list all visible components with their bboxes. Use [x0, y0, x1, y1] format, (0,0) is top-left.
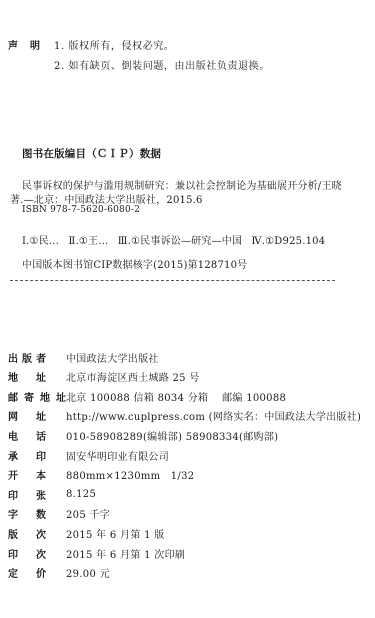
publication-row: 电话010-58908289(编辑部) 58908334(邮购部) — [8, 427, 278, 443]
publication-row: 印张8.125 — [8, 486, 96, 502]
label-char: 址 — [36, 408, 46, 423]
label-char: 网 — [8, 408, 18, 423]
publication-row-value: 中国政法大学出版社 — [66, 350, 159, 365]
publication-row-label: 印次 — [8, 546, 46, 561]
publication-row-value: 2015 年 6 月第 1 版 — [66, 526, 165, 541]
publication-row-value: 010-58908289(编辑部) 58908334(邮购部) — [66, 428, 278, 443]
label-char: 印 — [8, 487, 18, 502]
publication-row-label: 开本 — [8, 467, 46, 482]
label-char: 次 — [36, 526, 46, 541]
publication-row-value: 29.00 元 — [66, 565, 110, 580]
label-char: 者 — [36, 350, 46, 365]
label-char: 承 — [8, 448, 18, 463]
publication-row: 网址http://www.cuplpress.com (网络实名：中国政法大学出… — [8, 408, 361, 424]
cip-book-title-line: 民事诉权的保护与滥用规制研究：兼以社会控制论为基础展开分析/王晓 — [22, 177, 342, 192]
label-char: 邮 — [8, 389, 18, 404]
label-char: 印 — [8, 546, 18, 561]
label-char: 版 — [22, 350, 32, 365]
statement-item-2: 2. 如有缺页、倒装问题，由出版社负责退换。 — [54, 57, 270, 72]
label-char: 价 — [36, 565, 46, 580]
publication-row: 邮寄地址北京 100088 信箱 8034 分箱 邮编 100088 — [8, 388, 286, 404]
label-char: 寄 — [24, 389, 34, 404]
publication-row-value: 固安华明印业有限公司 — [66, 448, 169, 463]
label-char: 电 — [8, 428, 18, 443]
label-char: 印 — [36, 448, 46, 463]
label-char: 出 — [8, 350, 18, 365]
publication-row-label: 地址 — [8, 369, 46, 384]
publication-row-value: http://www.cuplpress.com (网络实名：中国政法大学出版社… — [66, 408, 361, 423]
publication-row-label: 印张 — [8, 487, 46, 502]
publication-row: 定价29.00 元 — [8, 565, 110, 581]
publication-row-value: 2015 年 6 月第 1 次印刷 — [66, 546, 185, 561]
label-char: 话 — [36, 428, 46, 443]
publication-row: 开本880mm×1230mm 1/32 — [8, 467, 194, 483]
publication-row: 版次2015 年 6 月第 1 版 — [8, 525, 165, 541]
publication-row: 承印固安华明印业有限公司 — [8, 447, 169, 463]
cip-verification-number: 中国版本图书馆CIP数据核字(2015)第128710号 — [22, 256, 247, 271]
label-char: 次 — [36, 546, 46, 561]
publication-row-value: 北京市海淀区西土城路 25 号 — [66, 369, 200, 384]
publication-row-label: 字数 — [8, 506, 46, 521]
cip-author-publisher-line: 著.—北京：中国政法大学出版社，2015.6 — [10, 191, 203, 206]
label-char: 数 — [36, 506, 46, 521]
label-char: 字 — [8, 506, 18, 521]
label-char: 开 — [8, 467, 18, 482]
label-char: 址 — [36, 369, 46, 384]
publication-row: 字数205 千字 — [8, 506, 110, 522]
publication-row-label: 定价 — [8, 565, 46, 580]
publication-row-label: 邮寄地址 — [8, 389, 66, 404]
statement-item-1: 1. 版权所有，侵权必究。 — [54, 37, 175, 52]
publication-row: 出版者中国政法大学出版社 — [8, 349, 159, 365]
publication-row-label: 出版者 — [8, 350, 46, 365]
label-char: 版 — [8, 526, 18, 541]
label-char: 地 — [40, 389, 50, 404]
dashed-divider — [10, 280, 335, 281]
label-char: 张 — [36, 487, 46, 502]
publication-row-value: 北京 100088 信箱 8034 分箱 邮编 100088 — [66, 389, 286, 404]
publication-row: 印次2015 年 6 月第 1 次印刷 — [8, 545, 185, 561]
cip-isbn: ISBN 978-7-5620-6080-2 — [22, 205, 140, 215]
cip-classification: Ⅰ.①民… Ⅱ.①王… Ⅲ.①民事诉讼—研究—中国 Ⅳ.①D925.104 — [22, 232, 325, 247]
label-char: 址 — [56, 389, 66, 404]
publication-row-value: 880mm×1230mm 1/32 — [66, 467, 194, 482]
publication-row: 地址北京市海淀区西土城路 25 号 — [8, 369, 200, 385]
label-char: 定 — [8, 565, 18, 580]
label-char: 本 — [36, 467, 46, 482]
publication-row-value: 205 千字 — [66, 506, 110, 521]
publication-row-label: 版次 — [8, 526, 46, 541]
cip-title: 图书在版编目（ＣＩＰ）数据 — [22, 146, 161, 161]
publication-row-label: 网址 — [8, 408, 46, 423]
publication-row-label: 电话 — [8, 428, 46, 443]
statement-label: 声明 — [8, 37, 52, 52]
label-char: 地 — [8, 369, 18, 384]
publication-row-label: 承印 — [8, 448, 46, 463]
publication-row-value: 8.125 — [66, 489, 96, 500]
